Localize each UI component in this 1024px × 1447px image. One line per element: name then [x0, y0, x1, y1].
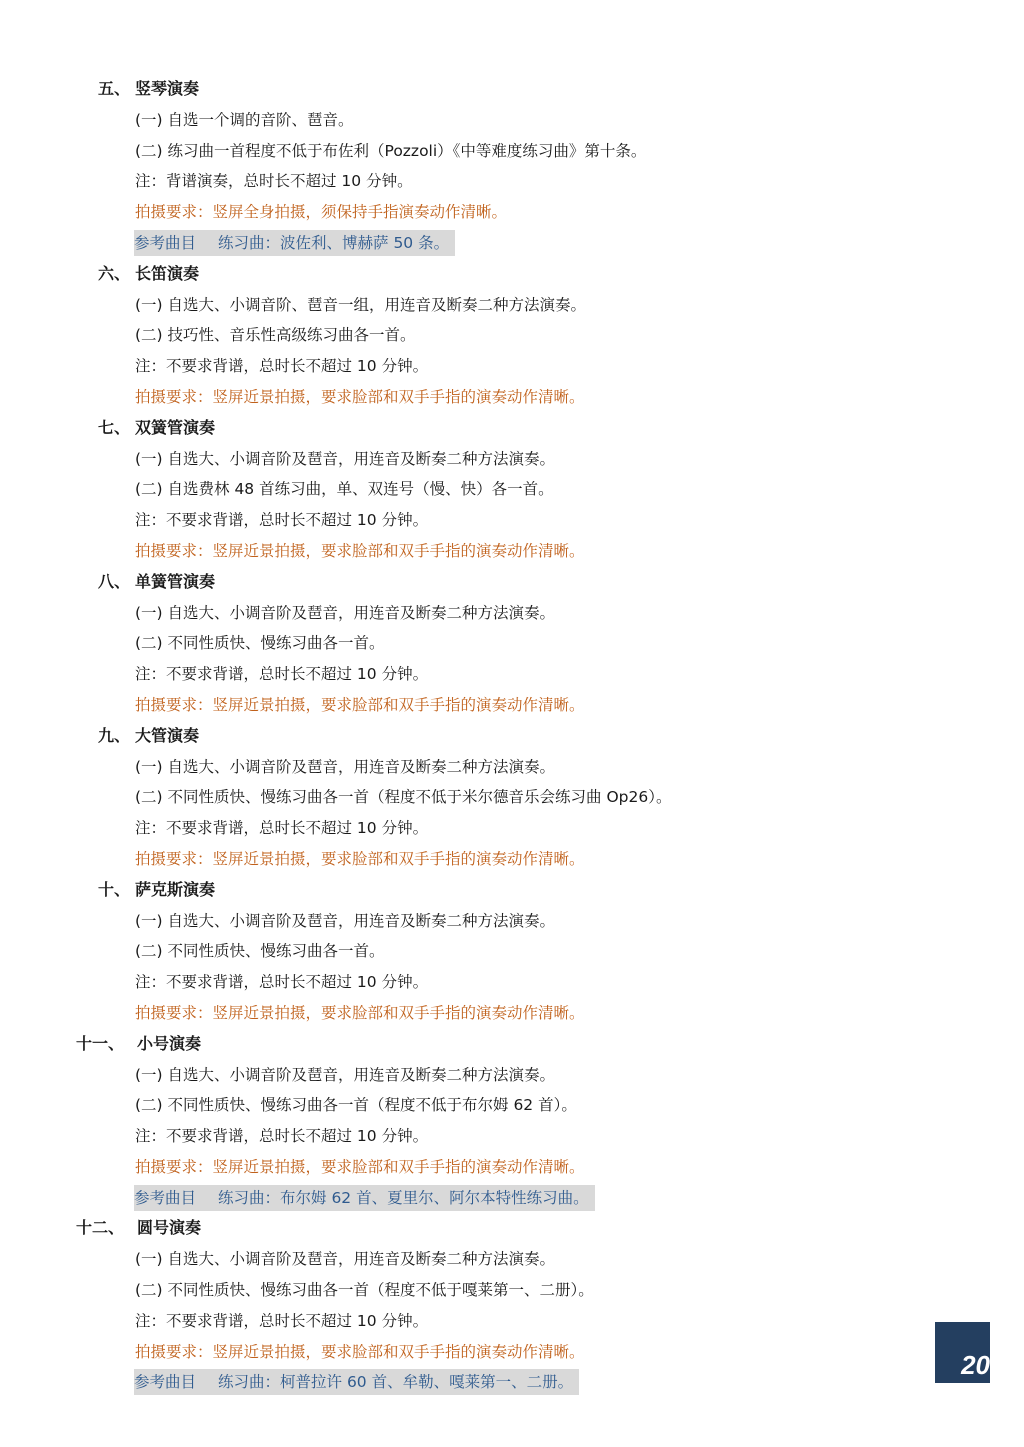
requirement-item: (一) 自选大、小调音阶及琶音，用连音及断奏二种方法演奏。: [0, 906, 1024, 937]
note-text: 注：不要求背谱，总时长不超过 10 分钟。: [0, 351, 1024, 382]
section-heading: 十二、圆号演奏: [0, 1213, 1024, 1244]
note-text: 注：不要求背谱，总时长不超过 10 分钟。: [0, 813, 1024, 844]
section-number: 十二、: [76, 1213, 124, 1244]
section-title: 萨克斯演奏: [135, 875, 215, 906]
requirement-item: (一) 自选大、小调音阶及琶音，用连音及断奏二种方法演奏。: [0, 752, 1024, 783]
filming-requirement: 拍摄要求：竖屏近景拍摄，要求脸部和双手手指的演奏动作清晰。: [0, 1337, 1024, 1368]
requirement-item: (二) 不同性质快、慢练习曲各一首（程度不低于嘎莱第一、二册）。: [0, 1275, 1024, 1306]
section-number: 九、: [98, 721, 130, 752]
note-text: 注：不要求背谱，总时长不超过 10 分钟。: [0, 1121, 1024, 1152]
requirement-item: (一) 自选大、小调音阶及琶音，用连音及断奏二种方法演奏。: [0, 598, 1024, 629]
section-heading: 八、单簧管演奏: [0, 567, 1024, 598]
filming-requirement: 拍摄要求：竖屏近景拍摄，要求脸部和双手手指的演奏动作清晰。: [0, 382, 1024, 413]
filming-requirement: 拍摄要求：竖屏近景拍摄，要求脸部和双手手指的演奏动作清晰。: [0, 536, 1024, 567]
section-heading: 九、大管演奏: [0, 721, 1024, 752]
requirement-item: (二) 不同性质快、慢练习曲各一首（程度不低于米尔德音乐会练习曲 Op26）。: [0, 782, 1024, 813]
reference-repertoire: 参考曲目练习曲：柯普拉许 60 首、牟勒、嘎莱第一、二册。: [0, 1367, 1024, 1398]
section-title: 单簧管演奏: [135, 567, 215, 598]
section-title: 竖琴演奏: [135, 74, 199, 105]
note-text: 注：不要求背谱，总时长不超过 10 分钟。: [0, 967, 1024, 998]
section-number: 十一、: [76, 1029, 124, 1060]
page-number: 20: [961, 1351, 990, 1379]
section-heading: 七、双簧管演奏: [0, 413, 1024, 444]
reference-label: 参考曲目: [134, 234, 196, 252]
reference-text: 练习曲：波佐利、博赫萨 50 条。: [218, 234, 449, 252]
reference-text: 练习曲：柯普拉许 60 首、牟勒、嘎莱第一、二册。: [218, 1373, 573, 1391]
section-title: 长笛演奏: [135, 259, 199, 290]
filming-requirement: 拍摄要求：竖屏近景拍摄，要求脸部和双手手指的演奏动作清晰。: [0, 690, 1024, 721]
requirement-item: (二) 不同性质快、慢练习曲各一首。: [0, 936, 1024, 967]
section-heading: 十、萨克斯演奏: [0, 875, 1024, 906]
filming-requirement: 拍摄要求：竖屏近景拍摄，要求脸部和双手手指的演奏动作清晰。: [0, 1152, 1024, 1183]
document-body: 五、竖琴演奏(一) 自选一个调的音阶、琶音。(二) 练习曲一首程度不低于布佐利（…: [0, 74, 1024, 1398]
reference-label: 参考曲目: [134, 1373, 196, 1391]
requirement-item: (二) 自选费林 48 首练习曲，单、双连号（慢、快）各一首。: [0, 474, 1024, 505]
page-number-box: 20: [935, 1322, 990, 1383]
note-text: 注：不要求背谱，总时长不超过 10 分钟。: [0, 1306, 1024, 1337]
requirement-item: (一) 自选大、小调音阶、琶音一组，用连音及断奏二种方法演奏。: [0, 290, 1024, 321]
reference-highlight: 参考曲目练习曲：柯普拉许 60 首、牟勒、嘎莱第一、二册。: [134, 1369, 579, 1395]
requirement-item: (一) 自选大、小调音阶及琶音，用连音及断奏二种方法演奏。: [0, 1244, 1024, 1275]
requirement-item: (二) 不同性质快、慢练习曲各一首（程度不低于布尔姆 62 首）。: [0, 1090, 1024, 1121]
requirement-item: (一) 自选大、小调音阶及琶音，用连音及断奏二种方法演奏。: [0, 1060, 1024, 1091]
section-number: 十、: [98, 875, 130, 906]
requirement-item: (一) 自选一个调的音阶、琶音。: [0, 105, 1024, 136]
section-title: 小号演奏: [137, 1029, 201, 1060]
section-heading: 十一、小号演奏: [0, 1029, 1024, 1060]
section-number: 八、: [98, 567, 130, 598]
section-number: 六、: [98, 259, 130, 290]
reference-label: 参考曲目: [134, 1189, 196, 1207]
note-text: 注：不要求背谱，总时长不超过 10 分钟。: [0, 659, 1024, 690]
note-text: 注：不要求背谱，总时长不超过 10 分钟。: [0, 505, 1024, 536]
section-title: 圆号演奏: [137, 1213, 201, 1244]
filming-requirement: 拍摄要求：竖屏近景拍摄，要求脸部和双手手指的演奏动作清晰。: [0, 844, 1024, 875]
section-heading: 五、竖琴演奏: [0, 74, 1024, 105]
reference-repertoire: 参考曲目练习曲：波佐利、博赫萨 50 条。: [0, 228, 1024, 259]
requirement-item: (二) 技巧性、音乐性高级练习曲各一首。: [0, 320, 1024, 351]
filming-requirement: 拍摄要求：竖屏近景拍摄，要求脸部和双手手指的演奏动作清晰。: [0, 998, 1024, 1029]
section-heading: 六、长笛演奏: [0, 259, 1024, 290]
requirement-item: (一) 自选大、小调音阶及琶音，用连音及断奏二种方法演奏。: [0, 444, 1024, 475]
section-number: 七、: [98, 413, 130, 444]
filming-requirement: 拍摄要求：竖屏全身拍摄，须保持手指演奏动作清晰。: [0, 197, 1024, 228]
reference-repertoire: 参考曲目练习曲：布尔姆 62 首、夏里尔、阿尔本特性练习曲。: [0, 1183, 1024, 1214]
section-title: 大管演奏: [135, 721, 199, 752]
reference-text: 练习曲：布尔姆 62 首、夏里尔、阿尔本特性练习曲。: [218, 1189, 589, 1207]
requirement-item: (二) 不同性质快、慢练习曲各一首。: [0, 628, 1024, 659]
section-number: 五、: [98, 74, 130, 105]
section-title: 双簧管演奏: [135, 413, 215, 444]
note-text: 注：背谱演奏，总时长不超过 10 分钟。: [0, 166, 1024, 197]
reference-highlight: 参考曲目练习曲：波佐利、博赫萨 50 条。: [134, 230, 455, 256]
requirement-item: (二) 练习曲一首程度不低于布佐利（Pozzoli）《中等难度练习曲》第十条。: [0, 136, 1024, 167]
reference-highlight: 参考曲目练习曲：布尔姆 62 首、夏里尔、阿尔本特性练习曲。: [134, 1185, 595, 1211]
